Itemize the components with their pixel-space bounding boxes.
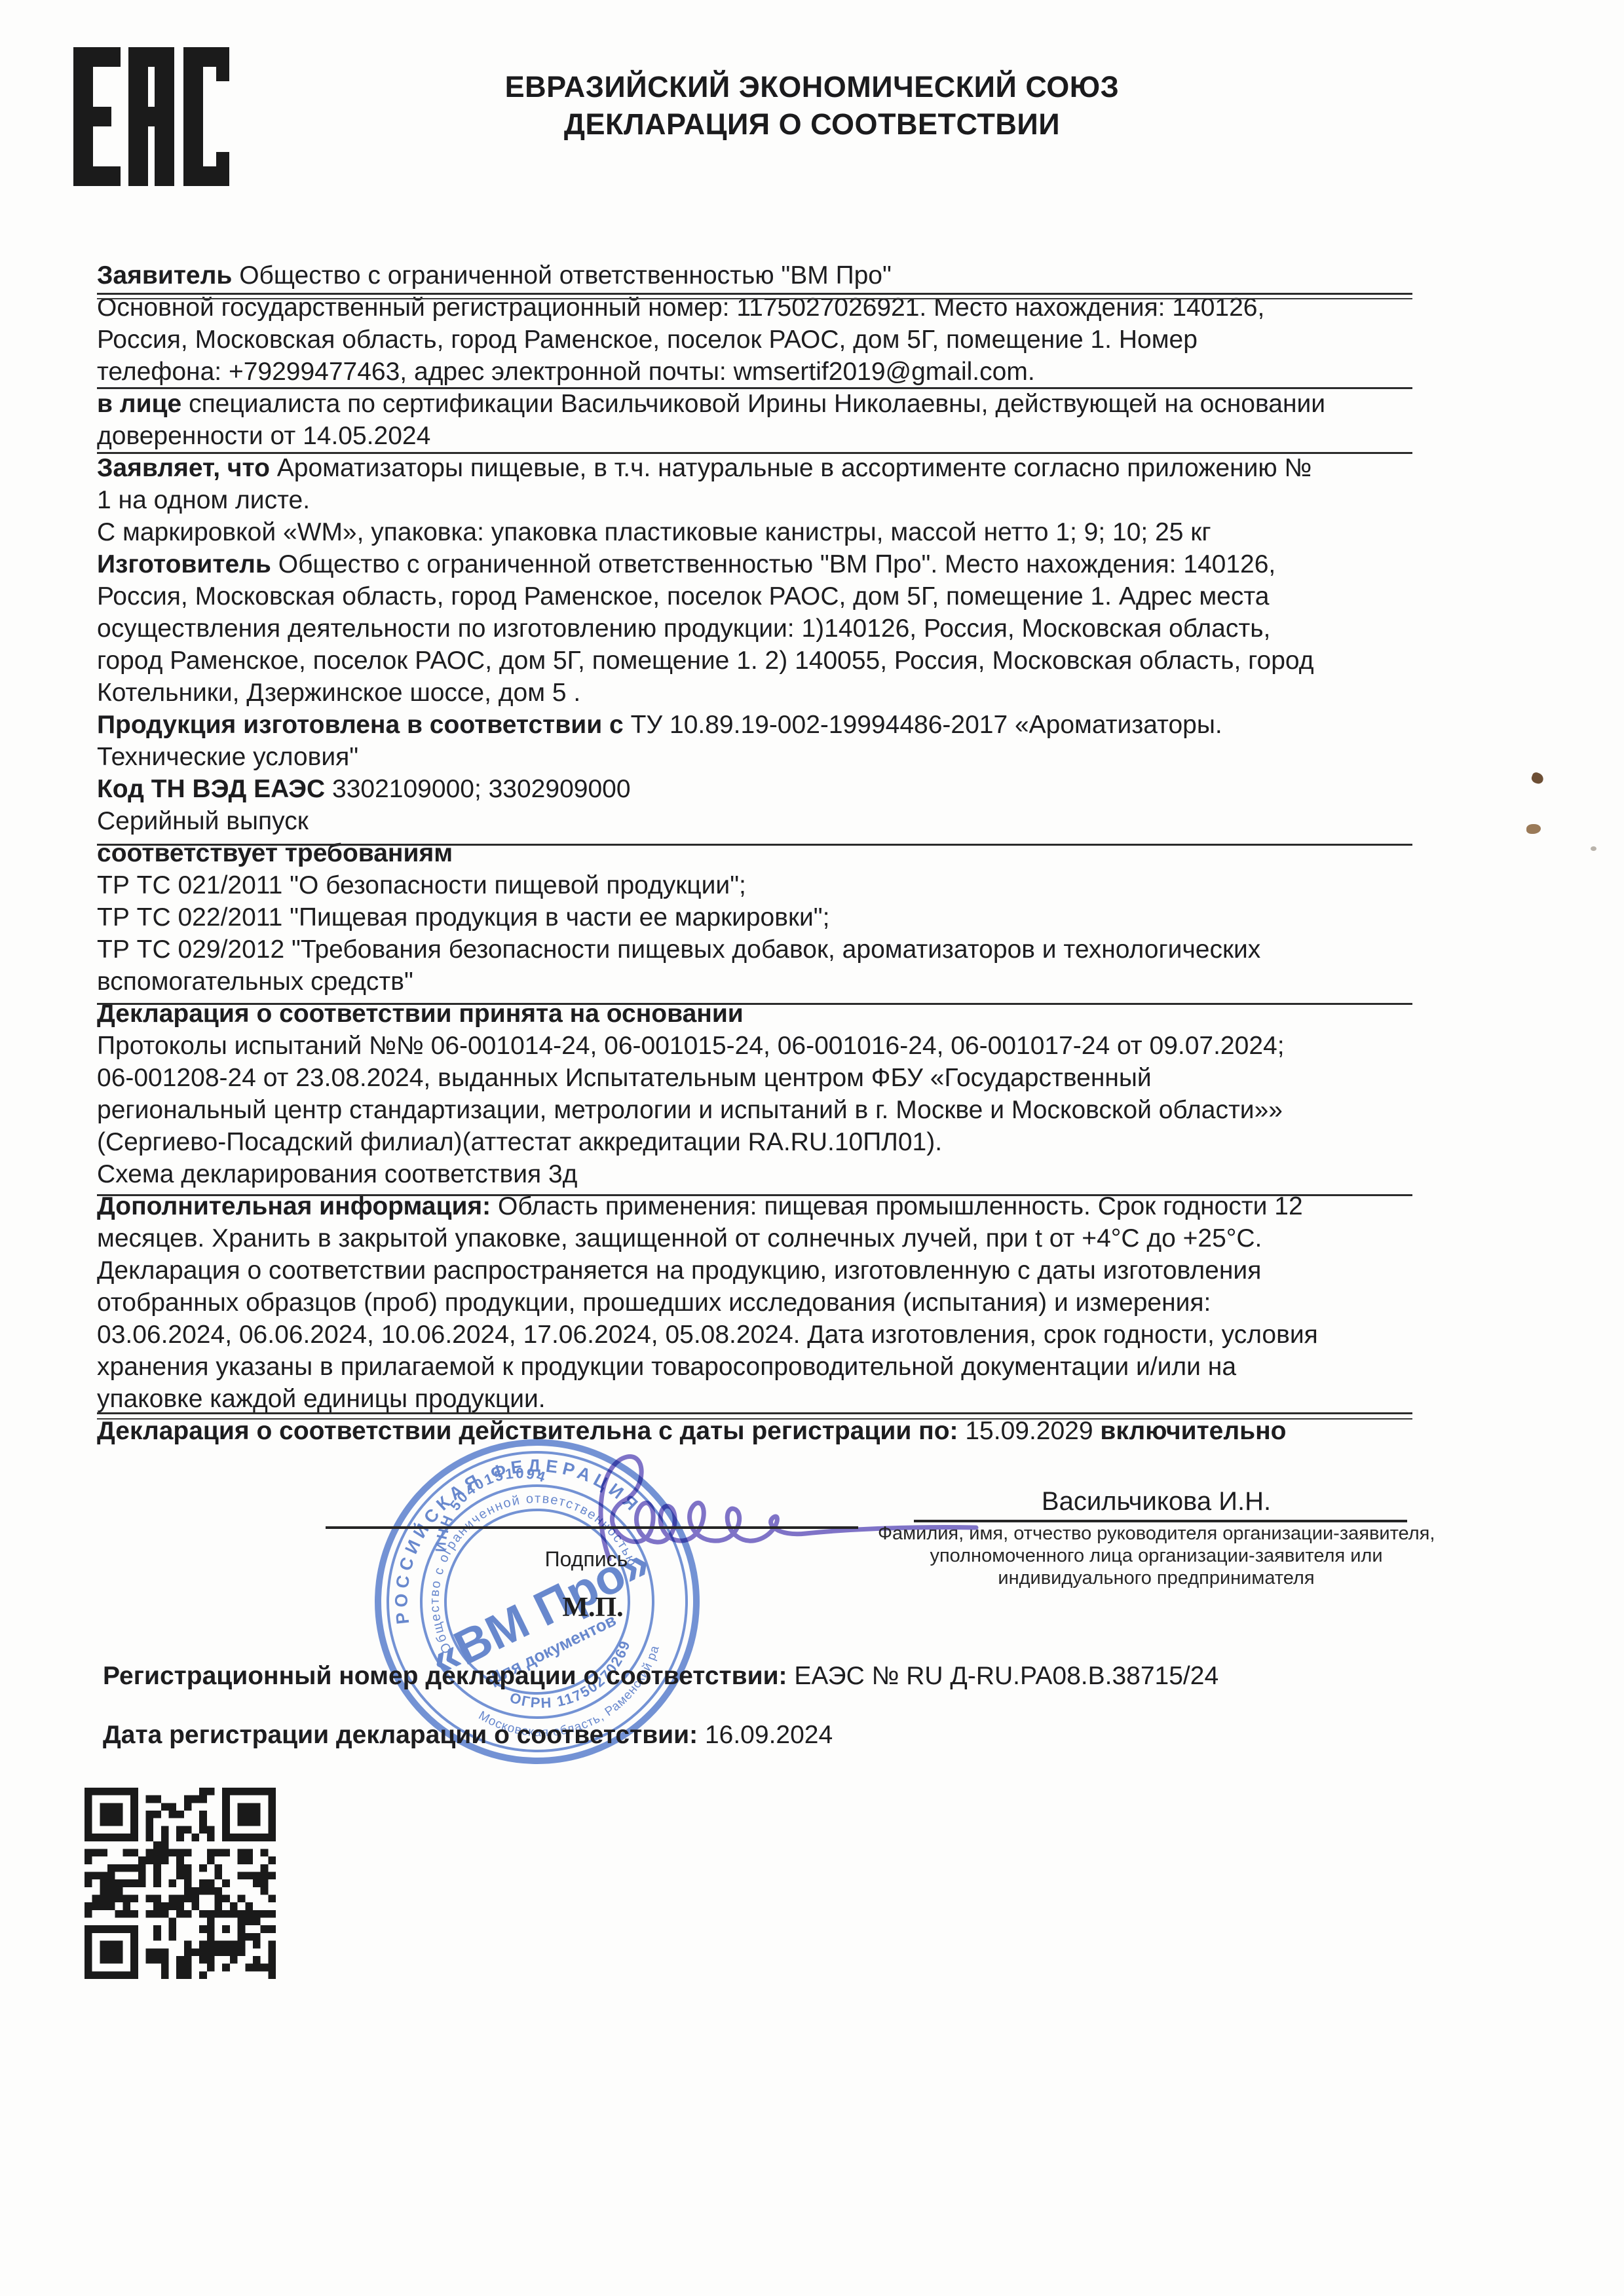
scan-speck (1591, 846, 1596, 851)
scan-speck (1526, 824, 1541, 834)
text-line: Основной государственный регистрационный… (97, 292, 1414, 324)
document-title: ЕВРАЗИЙСКИЙ ЭКОНОМИЧЕСКИЙ СОЮЗ ДЕКЛАРАЦИ… (0, 68, 1624, 143)
text-line: ТР ТС 022/2011 "Пищевая продукция в част… (97, 901, 1414, 933)
declaration-document: ЕВРАЗИЙСКИЙ ЭКОНОМИЧЕСКИЙ СОЮЗ ДЕКЛАРАЦИ… (0, 0, 1624, 2296)
text-line: (Сергиево-Посадский филиал)(аттестат акк… (97, 1126, 1414, 1158)
text-line: месяцев. Хранить в закрытой упаковке, за… (97, 1222, 1414, 1254)
rule-line (97, 844, 1412, 846)
text-line: Декларация о соответствии действительна … (97, 1415, 1414, 1447)
text-line: Дата регистрации декларации о соответств… (103, 1719, 1544, 1751)
rule-line (97, 298, 1412, 299)
text-line: в лице специалиста по сертификации Васил… (97, 388, 1414, 420)
caption-line: Фамилия, имя, отчество руководителя орга… (878, 1522, 1435, 1545)
registration-number-line: Регистрационный номер декларации о соотв… (103, 1660, 1544, 1692)
text-line: доверенности от 14.05.2024 (97, 420, 1414, 452)
seal-place-label: М.П. (518, 1592, 668, 1623)
text-line: Заявляет, что Ароматизаторы пищевые, в т… (97, 452, 1414, 484)
signatory-name: Васильчикова И.Н. (878, 1487, 1435, 1516)
rule-line (97, 1412, 1412, 1414)
registration-date-line: Дата регистрации декларации о соответств… (103, 1719, 1544, 1751)
rule-line (97, 387, 1412, 389)
text-line: ТР ТС 029/2012 "Требования безопасности … (97, 933, 1414, 966)
signature-line (326, 1526, 858, 1529)
text-line: Котельники, Дзержинское шоссе, дом 5 . (97, 677, 1414, 709)
text-line: 06-001208-24 от 23.08.2024, выданных Исп… (97, 1062, 1414, 1094)
signatory-caption: Фамилия, имя, отчество руководителя орга… (878, 1522, 1435, 1589)
text-line: ТР ТС 021/2011 "О безопасности пищевой п… (97, 869, 1414, 901)
caption-line: уполномоченного лица организации-заявите… (878, 1545, 1435, 1567)
text-line: Регистрационный номер декларации о соотв… (103, 1660, 1544, 1692)
title-union: ЕВРАЗИЙСКИЙ ЭКОНОМИЧЕСКИЙ СОЮЗ (0, 68, 1624, 105)
text-line: отобранных образцов (проб) продукции, пр… (97, 1287, 1414, 1319)
text-line: 03.06.2024, 06.06.2024, 10.06.2024, 17.0… (97, 1319, 1414, 1351)
text-line: Серийный выпуск (97, 805, 1414, 837)
rule-line (97, 1418, 1412, 1420)
text-line: упаковке каждой единицы продукции. (97, 1383, 1414, 1415)
title-declaration: ДЕКЛАРАЦИЯ О СООТВЕТСТВИИ (0, 105, 1624, 143)
text-line: Схема декларирования соответствия 3д (97, 1158, 1414, 1190)
text-line: хранения указаны в прилагаемой к продукц… (97, 1351, 1414, 1383)
rule-line (97, 452, 1412, 454)
text-line: вспомогательных средств" (97, 966, 1414, 998)
text-line: региональный центр стандартизации, метро… (97, 1094, 1414, 1126)
text-line: Заявитель Общество с ограниченной ответс… (97, 259, 1414, 292)
text-line: Технические условия" (97, 741, 1414, 773)
text-line: Декларация о соответствии распространяет… (97, 1254, 1414, 1287)
text-line: город Раменское, поселок РАОС, дом 5Г, п… (97, 645, 1414, 677)
text-line: 1 на одном листе. (97, 484, 1414, 516)
declaration-body: Заявитель Общество с ограниченной ответс… (97, 259, 1414, 1447)
signature-label: Подпись (498, 1547, 675, 1571)
text-line: С маркировкой «WM», упаковка: упаковка п… (97, 516, 1414, 548)
caption-line: индивидуального предпринимателя (878, 1567, 1435, 1589)
text-line: телефона: +79299477463, адрес электронно… (97, 356, 1414, 388)
text-line: Россия, Московская область, город Раменс… (97, 324, 1414, 356)
text-line: Протоколы испытаний №№ 06-001014-24, 06-… (97, 1030, 1414, 1062)
text-line: осуществления деятельности по изготовлен… (97, 612, 1414, 645)
text-line: Продукция изготовлена в соответствии с Т… (97, 709, 1414, 741)
scan-speck (1530, 771, 1545, 785)
rule-line (97, 1003, 1412, 1005)
text-line: Изготовитель Общество с ограниченной отв… (97, 548, 1414, 580)
qr-code (85, 1788, 276, 1979)
text-line: соответствует требованиям (97, 837, 1414, 869)
text-line: Россия, Московская область, город Раменс… (97, 580, 1414, 612)
text-line: Код ТН ВЭД ЕАЭС 3302109000; 3302909000 (97, 773, 1414, 805)
rule-line (97, 293, 1412, 295)
rule-line (97, 1194, 1412, 1196)
